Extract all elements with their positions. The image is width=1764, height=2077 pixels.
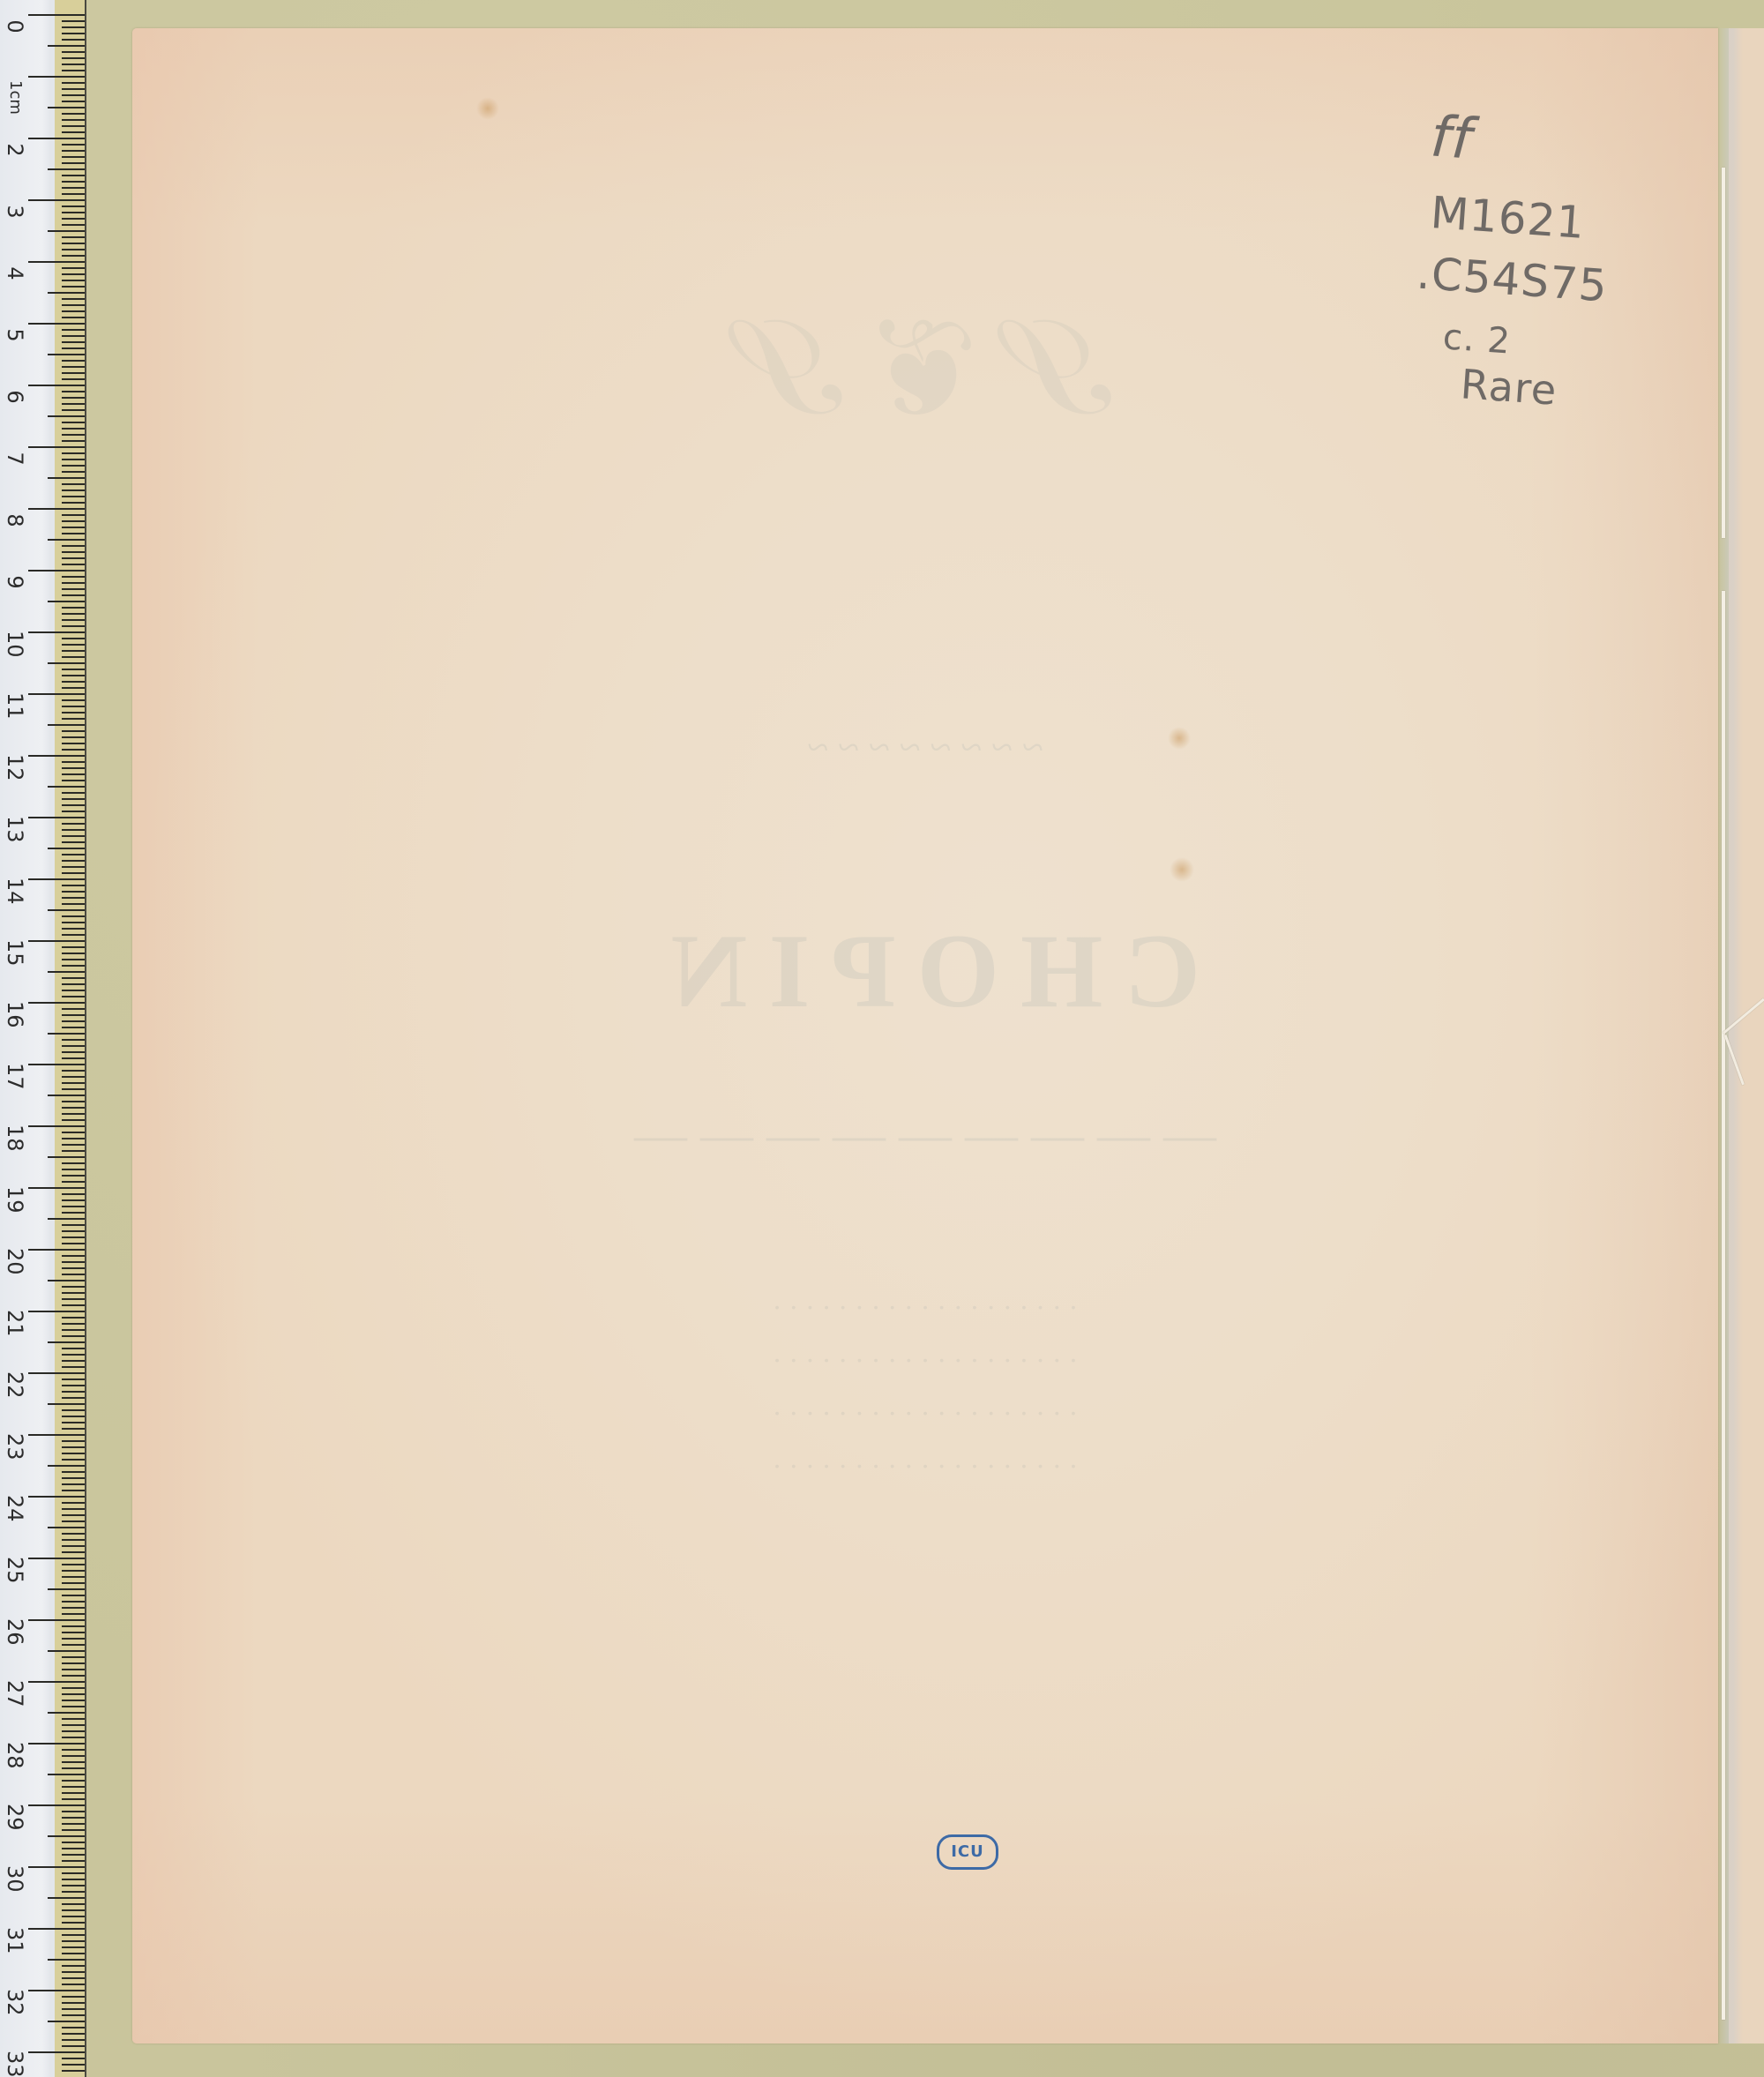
ruler-tick [62,2045,85,2047]
ruler-tick [62,465,85,467]
ruler-tick [62,588,85,590]
ruler-tick [62,1027,85,1028]
ruler-tick [28,1372,85,1374]
ruler-tick [62,1885,85,1886]
ruler-tick [28,2051,85,2053]
ruler-tick [62,1175,85,1177]
ruler-number: 10 [2,631,28,657]
ruler-tick [62,582,85,584]
ruler-tick [48,1033,85,1035]
ruler-tick [62,1656,85,1658]
ruler-tick [62,181,85,183]
ruler-tick [62,576,85,578]
ruler-tick [62,94,85,96]
ruler-tick [62,1335,85,1337]
ruler-tick [28,940,85,942]
foxing-spot [476,97,499,120]
ruler-tick [62,452,85,454]
ruler-number: 2 [2,137,28,163]
ruler-tick [62,409,85,411]
ruler-tick [62,934,85,936]
ruler-number: 5 [2,322,28,348]
ruler-tick [62,798,85,800]
ruler-tick [62,1039,85,1041]
ruler-tick [28,1496,85,1498]
ruler-tick [62,440,85,442]
ruler-tick [62,125,85,127]
ruler-tick [62,545,85,547]
ruler-tick [62,1378,85,1380]
ruler-number: 4 [2,260,28,287]
ruler-tick [48,1835,85,1837]
ruler-tick [62,1632,85,1633]
pencil-note-rare: Rare [1459,360,1558,414]
ruler-tick [62,1965,85,1967]
ruler-tick [62,1008,85,1010]
ruler-tick [62,977,85,979]
ruler-tick [62,2002,85,2004]
ruler-tick [62,1879,85,1880]
ruler-tick [62,1416,85,1417]
ruler-tick [62,1700,85,1701]
ruler-tick [62,1848,85,1849]
ruler-tick [62,483,85,485]
ruler-tick [48,601,85,602]
ruler-tick [28,1002,85,1004]
ruler-tick [62,1113,85,1115]
ruler-tick [62,1014,85,1016]
ruler-tick [62,1286,85,1288]
ruler-tick [62,1539,85,1541]
ruler-tick [62,1397,85,1399]
ruler-tick [62,1428,85,1430]
ruler-tick [62,946,85,948]
ruler-tick [48,539,85,541]
ruler-tick [62,64,85,65]
ruler-tick [62,1045,85,1047]
ruler-tick [62,1823,85,1825]
ruler-number: 32 [2,1989,28,2015]
ruler-tick [62,730,85,732]
ruler-number: 6 [2,384,28,410]
ruler-tick [62,286,85,288]
ruler-number: 0 [2,13,28,40]
ruler-number: 3 [2,198,28,225]
ruler-tick [62,267,85,269]
ruler-tick [62,650,85,652]
ruler-tick [62,564,85,565]
ruler-tick [62,1261,85,1263]
ruler-tick [62,1761,85,1763]
ruler-tick [62,1811,85,1812]
ruler-tick [62,403,85,405]
ruler-number: 15 [2,939,28,966]
ruler-tick [62,1385,85,1386]
ruler-tick [62,520,85,522]
ruler-tick [62,669,85,670]
ruler-tick [62,1317,85,1319]
ruler-tick [62,990,85,991]
ruler-tick [28,446,85,448]
ruler-tick [48,477,85,479]
ruler-tick [48,354,85,355]
ruler-tick [62,144,85,146]
ruler-tick [62,1490,85,1491]
ruler-number: 12 [2,754,28,781]
ruler-number: 1cm [2,80,28,107]
ruler-number: 22 [2,1371,28,1398]
ruler-tick [62,699,85,701]
ruler-tick [62,1570,85,1572]
ruler-number: 8 [2,507,28,534]
ruler-number: 26 [2,1618,28,1645]
pencil-note-copy: c. 2 [1441,317,1512,362]
ruler-number: 31 [2,1927,28,1954]
ruler-tick [62,39,85,41]
ruler-tick [62,280,85,281]
ruler-tick [62,1144,85,1146]
ruler-tick [62,51,85,53]
ruler-tick [62,903,85,905]
ruler-tick [62,619,85,621]
ruler-tick [62,1514,85,1516]
ruler-tick [48,1095,85,1096]
ruler-tick [62,1601,85,1603]
ruler-tick [62,26,85,28]
ruler-tick [62,1737,85,1738]
ruler-tick [48,1959,85,1961]
ruler-tick [62,1971,85,1973]
ruler-tick [62,496,85,497]
ruler-tick [62,1323,85,1325]
ruler-tick [48,724,85,726]
ruler-tick [62,1749,85,1751]
ruler-tick [62,712,85,714]
ruler-tick [62,1471,85,1473]
ruler-number: 17 [2,1063,28,1089]
ruler-tick [62,1236,85,1238]
ruler-tick [62,1298,85,1300]
ruler-tick [62,1767,85,1769]
ruler-tick [28,1619,85,1621]
ruler-tick [28,261,85,263]
ruler-tick [48,230,85,232]
ruler-tick [62,1181,85,1183]
ruler-tick [62,1057,85,1059]
ruler-tick [62,557,85,559]
ruler-tick [48,168,85,170]
ruler-tick [62,1162,85,1164]
ruler-tick [62,514,85,516]
ruler-tick [62,996,85,997]
ruler-tick [62,187,85,189]
binding-thread [1722,168,1725,538]
ruler-tick [62,736,85,738]
ruler-tick [62,1212,85,1214]
ruler-number: 28 [2,1742,28,1768]
ruler-number: 7 [2,445,28,472]
show-through-line: — — — — — — — — — [132,1104,1718,1165]
ruler-tick [62,1545,85,1547]
ruler-number: 33 [2,2051,28,2077]
ruler-tick [62,255,85,257]
ruler-tick [62,249,85,250]
ruler-tick [62,1860,85,1862]
ruler-number: 11 [2,692,28,719]
ruler-tick [62,1477,85,1479]
spine-binding [1588,28,1718,2043]
ruler-tick [62,1206,85,1207]
ruler-number: 24 [2,1495,28,1521]
ruler-tick [62,1946,85,1948]
ruler-tick [28,1928,85,1930]
ruler-tick [62,1817,85,1819]
ruler-tick [48,1527,85,1528]
ruler-number: 9 [2,569,28,595]
ruler-tick [62,675,85,676]
ruler-tick [62,150,85,152]
ruler-tick [62,823,85,825]
ruler-tick [62,1255,85,1257]
ruler-tick [62,749,85,751]
ruler-tick [62,1693,85,1695]
ruler-tick [62,1730,85,1732]
ruler-tick [62,1366,85,1368]
ruler-tick [62,1613,85,1615]
pencil-note-class: M1621 [1429,187,1587,249]
ruler-tick [62,1564,85,1565]
ruler-tick [48,1465,85,1467]
ruler-tick [62,1520,85,1522]
ruler-tick [62,1533,85,1535]
ruler-tick [62,1483,85,1485]
ruler-tick [28,1125,85,1127]
ruler-tick [48,1280,85,1281]
ruler-tick [62,212,85,213]
ruler-tick [62,2014,85,2016]
ruler-tick [28,631,85,633]
ruler-tick [62,1502,85,1504]
ruler-tick [48,1650,85,1652]
ruler-tick [48,1341,85,1343]
ruler-tick [62,1107,85,1109]
ruler-tick [62,119,85,121]
ruler-tick [48,786,85,788]
ruler-tick [62,1020,85,1022]
ruler-tick [62,378,85,380]
ruler-tick [62,2070,85,2072]
ruler-tick [62,1718,85,1720]
ruler-tick [62,1169,85,1170]
ruler-tick [62,1786,85,1788]
pencil-note-ff: ff [1428,104,1474,172]
ruler-tick [62,1996,85,1998]
ruler-tick [28,693,85,695]
ruler-tick [62,706,85,707]
ruler-tick [62,1953,85,1954]
ruler-tick [62,1459,85,1461]
ruler-tick [62,527,85,528]
ruler-tick [62,1274,85,1275]
ruler-tick [62,922,85,923]
ruler-tick [62,193,85,195]
ruler-tick [62,70,85,71]
ruler-tick [62,872,85,874]
ruler-tick [62,397,85,399]
ruler-tick [62,1625,85,1627]
foxing-spot [1170,857,1194,882]
ruler-tick [62,1088,85,1090]
ruler-tick [62,638,85,639]
ruler-tick [48,1403,85,1405]
ruler-tick [62,1669,85,1670]
ruler-number: 27 [2,1680,28,1707]
ruler-tick [62,1292,85,1294]
ruler-tick [62,1854,85,1856]
ruler-tick [48,909,85,911]
library-stamp: ICU [937,1834,998,1870]
ruler-tick [62,1453,85,1454]
ruler-tick [62,1329,85,1331]
ruler-tick [62,224,85,226]
ruler-tick [62,236,85,238]
ruler-tick [62,1829,85,1831]
ruler-tick [28,1866,85,1868]
ruler-tick [28,76,85,78]
ruler-tick [28,1743,85,1745]
measuring-ruler: 01cm234567891011121314151617181920212223… [0,0,86,2077]
ruler-tick [48,1712,85,1714]
ruler-tick [62,860,85,862]
ruler-tick [62,1792,85,1794]
ruler-tick [62,656,85,658]
ruler-tick [62,1675,85,1677]
ruler-tick [62,1891,85,1893]
ruler-tick [62,866,85,868]
ruler-tick [62,459,85,460]
ruler-tick [62,767,85,769]
ruler-tick [62,625,85,627]
ruler-tick [62,1780,85,1782]
ruler-tick [62,854,85,855]
ruler-tick [62,1101,85,1102]
ruler-tick [48,848,85,849]
ruler-tick [62,1422,85,1423]
ruler-tick [62,1638,85,1640]
ruler-tick [62,2064,85,2066]
ruler-tick [62,243,85,244]
ruler-tick [62,959,85,960]
ruler-tick [62,1607,85,1609]
ruler-tick [62,743,85,744]
ruler-tick [28,14,85,16]
ruler-tick [62,1076,85,1078]
ruler-tick [28,1311,85,1312]
ruler-tick [62,1909,85,1911]
ruler-number: 14 [2,878,28,904]
ruler-tick [62,422,85,423]
ruler-tick [62,1724,85,1726]
ruler-tick [62,1903,85,1905]
ruler-tick [62,341,85,343]
ruler-tick [62,1934,85,1936]
ruler-tick [62,1922,85,1924]
binding-thread [1722,591,1725,2020]
ruler-number: 18 [2,1124,28,1151]
ruler-tick [62,780,85,781]
ruler-tick [62,1119,85,1121]
ruler-tick [62,304,85,306]
ruler-tick [48,662,85,664]
ruler-tick [62,1409,85,1411]
ruler-tick [28,570,85,572]
ruler-tick [62,1051,85,1053]
ruler-tick [62,2008,85,2010]
ruler-tick [62,1138,85,1139]
ruler-tick [48,45,85,47]
ruler-number: 20 [2,1248,28,1274]
ruler-tick [62,2058,85,2059]
show-through-title: CHOPIN [132,910,1718,1032]
show-through-subtitle: ~ ~ ~ ~ ~ ~ ~ ~ [132,725,1718,770]
ruler-tick [62,1706,85,1707]
ruler-tick [62,1755,85,1757]
ruler-number: 13 [2,816,28,842]
ruler-tick [62,329,85,331]
ruler-tick [62,1360,85,1362]
ruler-tick [62,82,85,84]
ruler-tick [62,953,85,954]
foxing-spot [1168,727,1191,750]
ruler-tick [62,1267,85,1269]
ruler-number: 16 [2,1001,28,1027]
ruler-number: 30 [2,1865,28,1892]
ruler-tick [62,175,85,176]
ruler-tick [62,489,85,491]
ruler-tick [62,687,85,689]
ruler-tick [62,218,85,220]
ruler-tick [62,1224,85,1226]
ruler-tick [48,971,85,973]
ruler-number: 21 [2,1310,28,1336]
ruler-tick [62,156,85,158]
ruler-tick [62,835,85,837]
ruler-tick [62,1940,85,1942]
ruler-tick [48,415,85,417]
ruler-tick [28,1434,85,1436]
ruler-tick [48,1218,85,1220]
ruler-tick [62,928,85,930]
ruler-tick [62,391,85,392]
ruler-tick [62,551,85,553]
ruler-tick [62,718,85,720]
ruler-tick [62,1391,85,1393]
ruler-tick [62,2033,85,2035]
ruler-tick [28,1064,85,1065]
ruler-tick [62,366,85,368]
ruler-tick [62,360,85,362]
ruler-tick [62,372,85,374]
ruler-tick [28,385,85,386]
ruler-tick [62,885,85,886]
ruler-tick [62,428,85,430]
ruler-tick [62,1348,85,1349]
ruler-tick [62,1446,85,1448]
ruler-tick [62,1132,85,1133]
ruler-tick [62,1576,85,1578]
ruler-tick [62,811,85,812]
ruler-tick [28,323,85,325]
